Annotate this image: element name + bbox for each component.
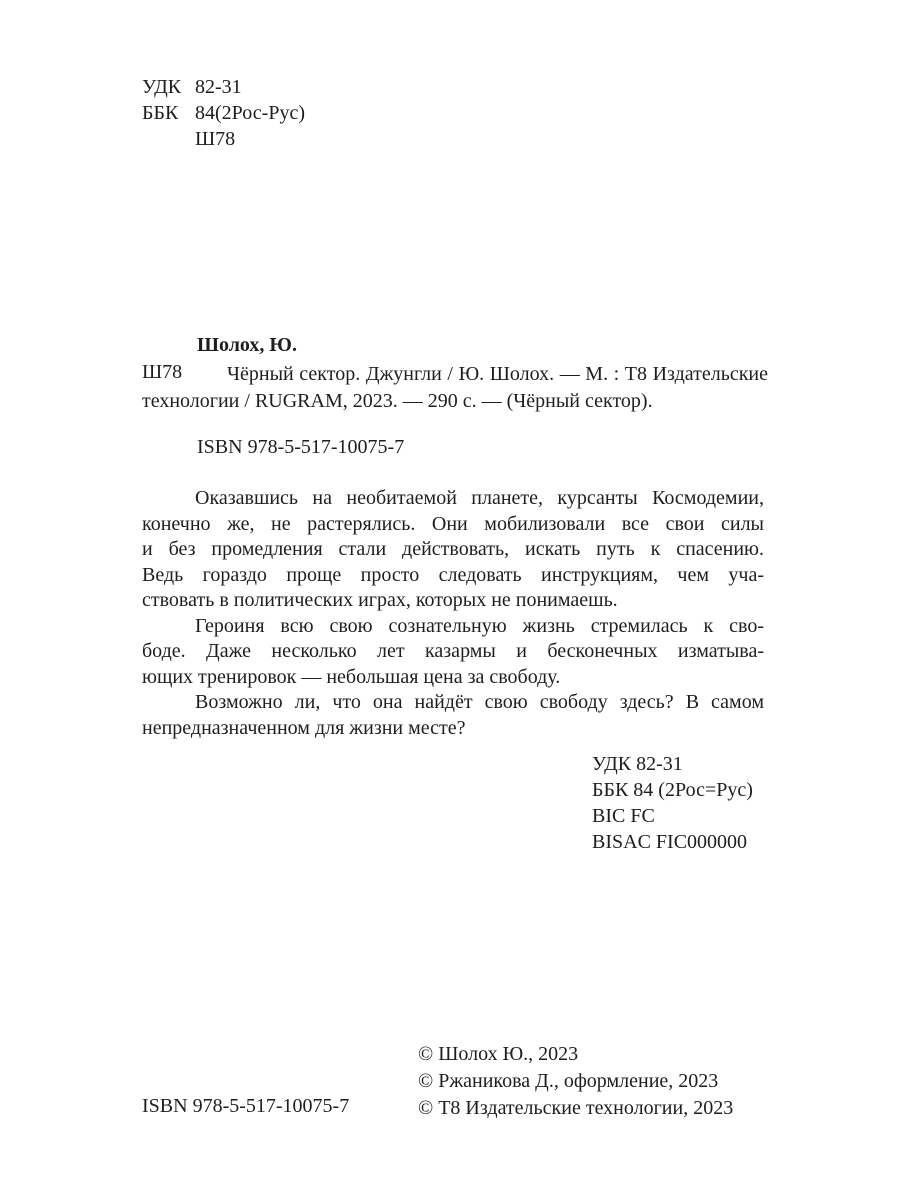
annotation-line: Оказавшись на необитаемой планете, курса… [142,486,764,512]
annotation-line: ющих тренировок — небольшая цена за своб… [142,665,764,691]
bbk-code-line: ББК 84 (2Рос=Рус) [592,777,753,803]
annotation-line: Ведь гораздо проще просто следовать инст… [142,563,764,589]
bbk-value: 84(2Рос-Рус) [195,100,305,126]
bisac-code-line: BISAC FIC000000 [592,829,753,855]
author-sign-row: Ш78 [142,126,305,152]
copyright-author-line: © Шолох Ю., 2023 [418,1041,733,1068]
bic-code-line: BIC FC [592,803,753,829]
annotation-line: конечно же, не растерялись. Они мобилизо… [142,512,764,538]
udk-row: УДК 82-31 [142,74,305,100]
annotation-line: Героиня всю свою сознательную жизнь стре… [142,614,764,640]
catalog-entry-line: технологии / RUGRAM, 2023. — 290 с. — (Ч… [142,388,768,415]
copyright-lines: © Шолох Ю., 2023 © Ржаникова Д., оформле… [418,1041,733,1122]
isbn-number: ISBN 978-5-517-10075-7 [197,436,404,459]
book-imprint-page: УДК 82-31 ББК 84(2Рос-Рус) Ш78 Шолох, Ю.… [0,0,900,1200]
bbk-row: ББК 84(2Рос-Рус) [142,100,305,126]
annotation-line: непредназначенном для жизни месте? [142,716,764,742]
udk-value: 82-31 [195,74,242,100]
footer-isbn-number: ISBN 978-5-517-10075-7 [142,1095,349,1118]
annotation-line: боде. Даже несколько лет казармы и беско… [142,639,764,665]
catalog-author-heading: Шолох, Ю. [197,334,297,357]
annotation-line: Возможно ли, что она найдёт свою свободу… [142,690,764,716]
catalog-entry: Чёрный сектор. Джунгли / Ю. Шолох. — М. … [142,361,768,415]
annotation-line: ствовать в политических играх, которых н… [142,588,764,614]
catalog-entry-line: Чёрный сектор. Джунгли / Ю. Шолох. — М. … [142,361,768,388]
bbk-label: ББК [142,100,195,126]
author-sign-value: Ш78 [195,126,235,152]
annotation-text: Оказавшись на необитаемой планете, курса… [142,486,764,741]
copyright-designer-line: © Ржаникова Д., оформление, 2023 [418,1068,733,1095]
udk-label: УДК [142,74,195,100]
author-sign-label [142,126,195,152]
annotation-line: и без промедления стали действовать, иск… [142,537,764,563]
copyright-publisher-line: © Т8 Издательские технологии, 2023 [418,1095,733,1122]
bibliographic-codes-top: УДК 82-31 ББК 84(2Рос-Рус) Ш78 [142,74,305,152]
classification-codes-block: УДК 82-31 ББК 84 (2Рос=Рус) BIC FC BISAC… [592,751,753,855]
udk-code-line: УДК 82-31 [592,751,753,777]
